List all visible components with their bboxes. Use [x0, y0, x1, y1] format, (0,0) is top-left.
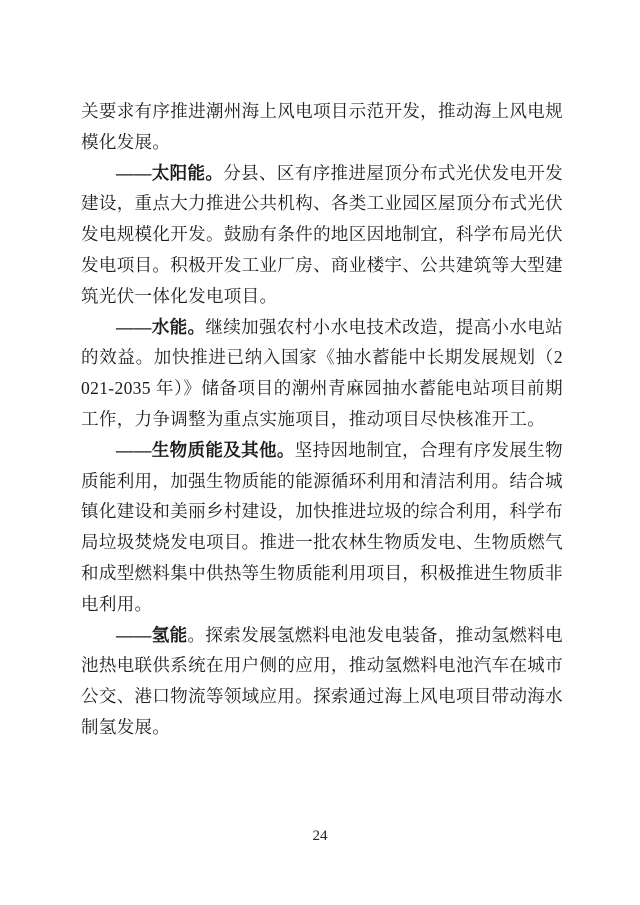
paragraph-text: 关要求有序推进潮州海上风电项目示范开发，推动海上风电规模化发展。: [81, 101, 563, 152]
paragraph-lead: ——太阳能。: [116, 163, 223, 183]
paragraph: ——氢能。探索发展氢燃料电池发电装备，推动氢燃料电池热电联供系统在用户侧的应用，…: [81, 620, 563, 743]
document-body: 关要求有序推进潮州海上风电项目示范开发，推动海上风电规模化发展。——太阳能。分县…: [81, 96, 563, 743]
paragraph-lead: ——水能。: [116, 317, 205, 337]
paragraph: ——太阳能。分县、区有序推进屋顶分布式光伏发电开发建设，重点大力推进公共机构、各…: [81, 158, 563, 312]
page-footer: 24: [0, 828, 640, 845]
paragraph-text: 坚持因地制宜，合理有序发展生物质能利用，加强生物质能的能源循环利用和清洁利用。结…: [81, 440, 563, 614]
paragraph-lead: ——氢能: [116, 625, 188, 645]
document-page: 关要求有序推进潮州海上风电项目示范开发，推动海上风电规模化发展。——太阳能。分县…: [0, 0, 640, 905]
paragraph: ——生物质能及其他。坚持因地制宜，合理有序发展生物质能利用，加强生物质能的能源循…: [81, 435, 563, 620]
paragraph-lead: ——生物质能及其他。: [116, 440, 295, 460]
paragraph-text: 分县、区有序推进屋顶分布式光伏发电开发建设，重点大力推进公共机构、各类工业园区屋…: [81, 163, 563, 306]
paragraph: ——水能。继续加强农村小水电技术改造，提高小水电站的效益。加快推进已纳入国家《抽…: [81, 312, 563, 435]
paragraph: 关要求有序推进潮州海上风电项目示范开发，推动海上风电规模化发展。: [81, 96, 563, 158]
page-number: 24: [313, 828, 328, 844]
